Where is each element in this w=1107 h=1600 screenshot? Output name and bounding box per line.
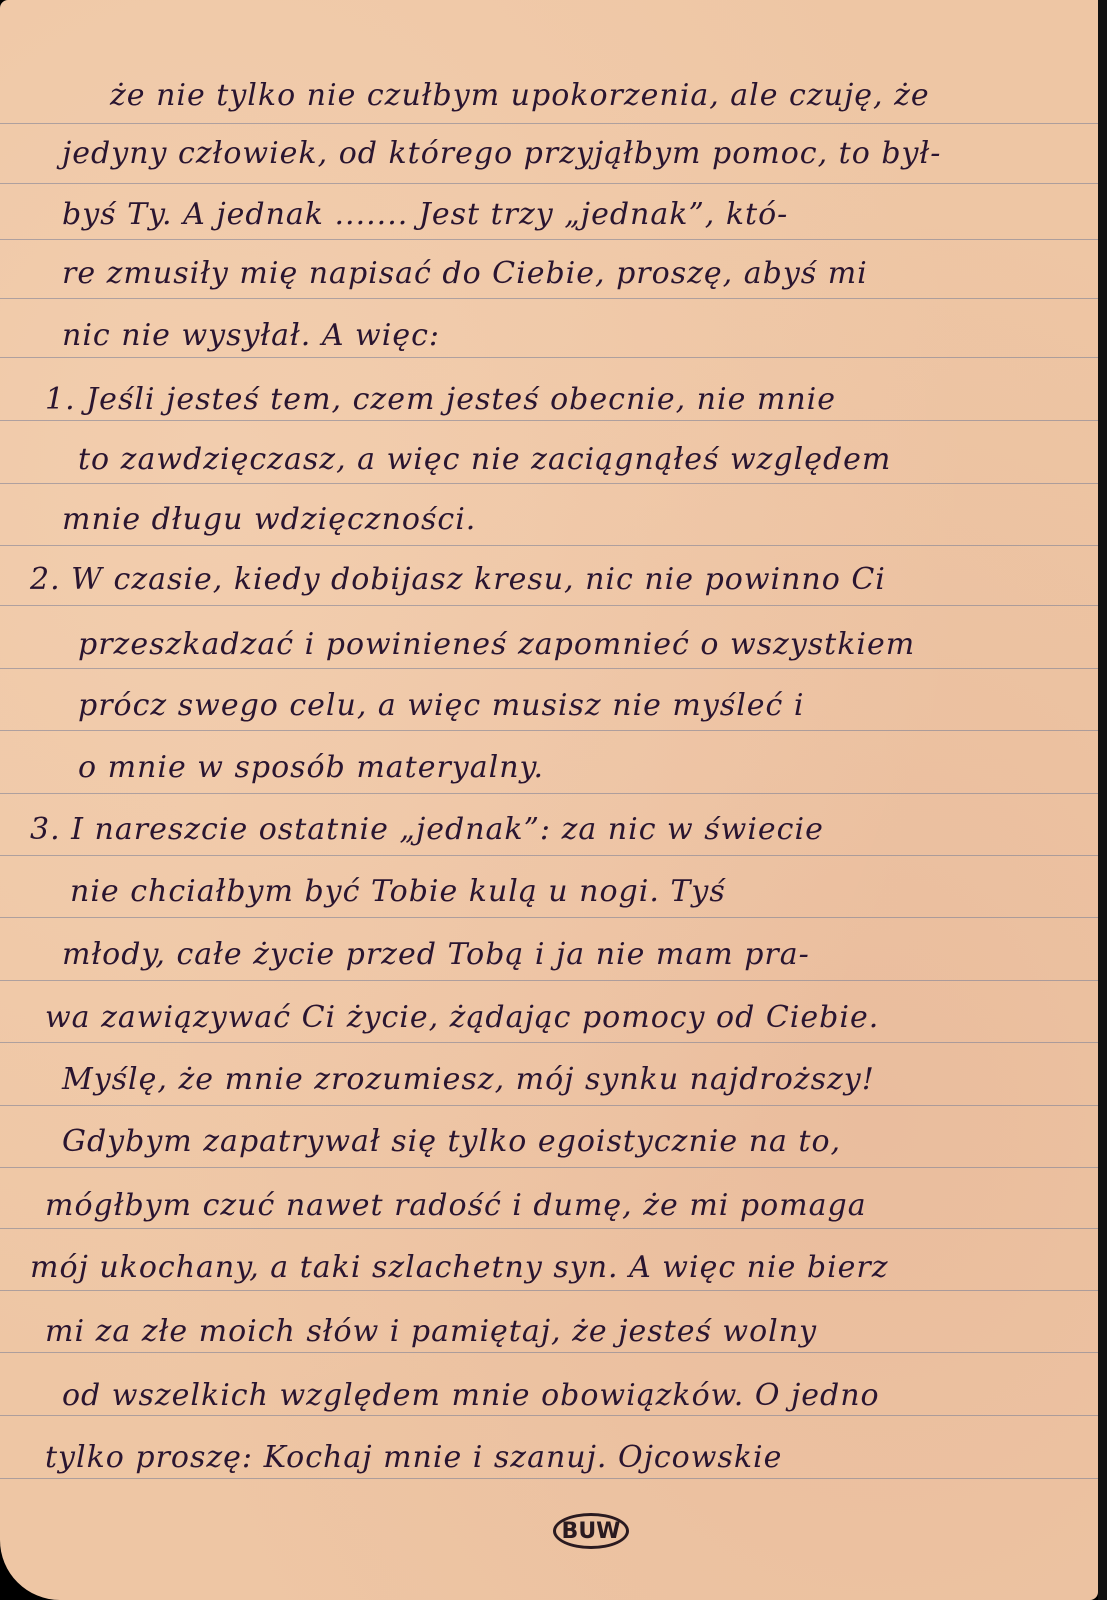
handwritten-line: wa zawiązywać Ci życie, żądając pomocy o…: [45, 998, 879, 1038]
handwritten-line: 3. I nareszcie ostatnie „jednak”: za nic…: [30, 810, 824, 850]
ruled-line: [0, 855, 1098, 856]
handwritten-line: przeszkadzać i powinieneś zapomnieć o ws…: [78, 625, 915, 665]
ruled-line: [0, 1105, 1098, 1106]
handwritten-line: 1. Jeśli jesteś tem, czem jesteś obecnie…: [45, 380, 836, 420]
handwritten-line: mógłbym czuć nawet radość i dumę, że mi …: [45, 1186, 867, 1226]
handwritten-line: re zmusiły mię napisać do Ciebie, proszę…: [62, 254, 868, 294]
handwritten-line: mi za złe moich słów i pamiętaj, że jest…: [45, 1312, 817, 1352]
library-stamp: BUW: [553, 1513, 629, 1549]
ruled-line: [0, 668, 1098, 669]
ruled-line: [0, 793, 1098, 794]
ruled-line: [0, 239, 1098, 240]
ruled-line: [0, 298, 1098, 299]
ruled-line: [0, 123, 1098, 124]
ruled-line: [0, 1478, 1098, 1479]
ruled-line: [0, 183, 1098, 184]
ruled-line: [0, 1290, 1098, 1291]
ruled-line: [0, 357, 1098, 358]
handwritten-line: od wszelkich względem mnie obowiązków. O…: [62, 1376, 880, 1416]
handwritten-line: tylko proszę: Kochaj mnie i szanuj. Ojco…: [45, 1438, 782, 1478]
handwritten-line: mój ukochany, a taki szlachetny syn. A w…: [30, 1248, 889, 1288]
ruled-line: [0, 730, 1098, 731]
ruled-line: [0, 1167, 1098, 1168]
ruled-line: [0, 483, 1098, 484]
ruled-line: [0, 1228, 1098, 1229]
ruled-line: [0, 917, 1098, 918]
ruled-line: [0, 545, 1098, 546]
handwritten-line: młody, całe życie przed Tobą i ja nie ma…: [62, 935, 810, 975]
handwritten-line: że nie tylko nie czułbym upokorzenia, al…: [110, 76, 930, 116]
handwritten-line: 2. W czasie, kiedy dobijasz kresu, nic n…: [30, 560, 886, 600]
letter-page: że nie tylko nie czułbym upokorzenia, al…: [0, 0, 1098, 1600]
handwritten-line: o mnie w sposób materyalny.: [78, 748, 544, 788]
handwritten-line: prócz swego celu, a więc musisz nie myśl…: [78, 686, 805, 726]
ruled-line: [0, 1352, 1098, 1353]
handwritten-line: Gdybym zapatrywał się tylko egoistycznie…: [62, 1122, 841, 1162]
ruled-line: [0, 420, 1098, 421]
scan-edge: [1098, 0, 1107, 1600]
ruled-line: [0, 1042, 1098, 1043]
handwritten-line: jedyny człowiek, od którego przyjąłbym p…: [62, 134, 941, 174]
handwritten-line: Myślę, że mnie zrozumiesz, mój synku naj…: [62, 1060, 875, 1100]
handwritten-line: mnie długu wdzięczności.: [62, 500, 476, 540]
ruled-line: [0, 980, 1098, 981]
handwritten-line: byś Ty. A jednak ....... Jest trzy „jedn…: [62, 195, 788, 235]
handwritten-line: nic nie wysyłał. A więc:: [62, 316, 440, 356]
handwritten-line: nie chciałbym być Tobie kulą u nogi. Tyś: [70, 872, 726, 912]
ruled-line: [0, 605, 1098, 606]
handwritten-line: to zawdzięczasz, a więc nie zaciągnąłeś …: [78, 440, 891, 480]
